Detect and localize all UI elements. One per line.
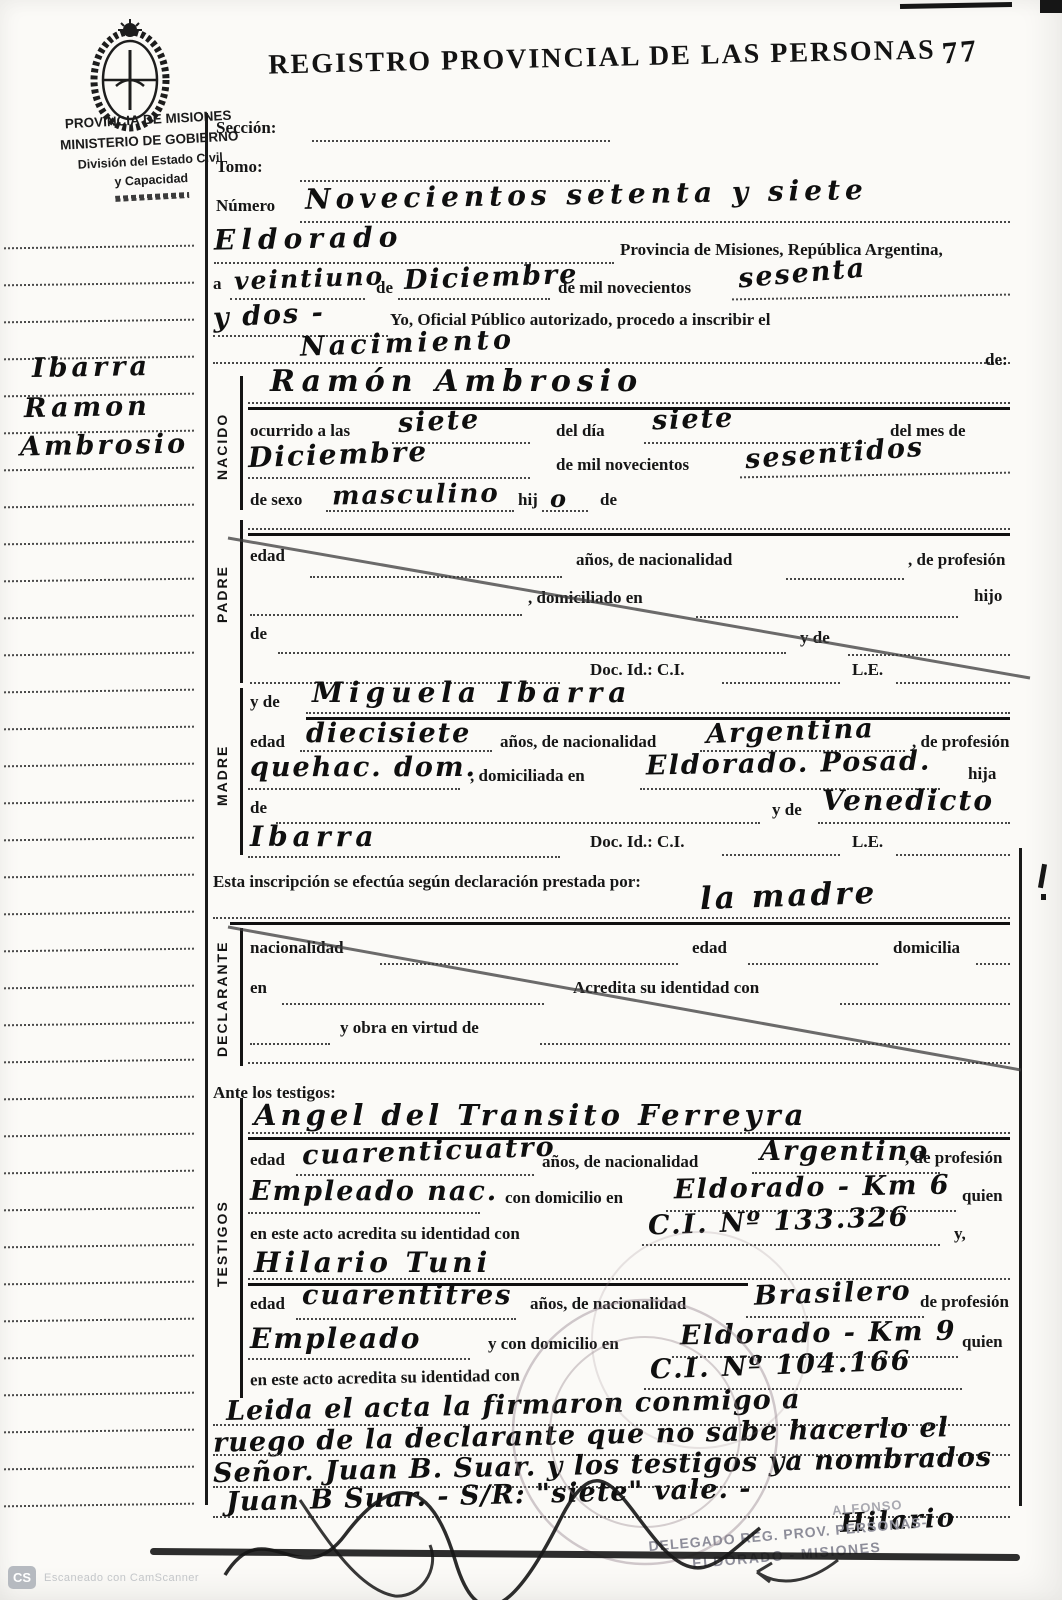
madre-de-label: de <box>250 798 267 818</box>
padre-profesion-label: , de profesión <box>908 550 1005 570</box>
padre-domiciliado-label: , domiciliado en <box>528 588 643 608</box>
margin-dotted-line <box>4 911 194 916</box>
margin-dotted-line <box>4 689 194 694</box>
scan-shadow-bottom <box>150 1548 1020 1561</box>
section-label-nacido: NACIDO <box>214 398 230 494</box>
margin-dotted-line <box>4 504 194 509</box>
margin-dotted-line <box>4 763 194 768</box>
testigo2-profesion-line <box>248 1358 470 1360</box>
testigo1-nacionalidad-value: Argentino <box>760 1136 929 1167</box>
month-value: Diciembre <box>404 259 579 296</box>
declarante-virtud-label: y obra en virtud de <box>340 1018 479 1038</box>
testigo1-profesion-label: , de profesión <box>905 1148 1002 1168</box>
ink-mark-right-margin <box>1038 864 1047 889</box>
seccion-label: Sección: <box>216 118 276 138</box>
margin-dotted-line <box>4 1022 194 1027</box>
madre-profesion-line <box>248 788 460 790</box>
testigo1-profesion-value: Empleado nac. <box>250 1176 498 1207</box>
testigo2-edad-value: cuarentitres <box>302 1280 512 1311</box>
madre-profesion-value: quehac. dom. <box>250 752 477 783</box>
madre-name: Miguela Ibarra <box>312 676 632 709</box>
madre-hija-label: hija <box>968 764 996 784</box>
declaracion-header: Esta inscripción se efectúa según declar… <box>213 872 641 892</box>
padre-y-de-label: y de <box>800 628 830 648</box>
testigo2-edad-label: edad <box>250 1294 285 1314</box>
de-mil-label: de mil novecientos <box>558 278 691 298</box>
testigo1-anios-label: años, de nacionalidad <box>542 1152 698 1172</box>
madre-nacionalidad-value: Argentina <box>706 713 876 750</box>
madre-abuelo-value: Venedicto <box>822 784 994 817</box>
event-value: Nacimiento <box>300 324 516 362</box>
tomo-label: Tomo: <box>216 157 263 177</box>
madre-abuelo-value-2: Ibarra <box>250 820 378 853</box>
madre-le-line <box>896 854 1010 856</box>
testigo2-edad-line <box>296 1318 516 1320</box>
sexo-line <box>326 510 514 512</box>
place-value: Eldorado <box>214 220 404 256</box>
padre-abuela-line <box>848 654 1010 656</box>
madre-y-de2-label: y de <box>772 800 802 820</box>
day-value: veintiuno <box>234 261 385 295</box>
page-title: REGISTRO PROVINCIAL DE LAS PERSONAS <box>268 34 937 81</box>
testigos-section-bar <box>240 1098 243 1398</box>
declarante-value: la madre <box>699 875 877 917</box>
madre-domicilio-value: Eldorado. Posad. <box>646 746 932 782</box>
hijo-de-label: de <box>600 490 617 510</box>
testigo2-profesion-value: Empleado <box>250 1322 421 1355</box>
testigo1-name: Angel del Transito Ferreyra <box>254 1098 807 1132</box>
declarante-acredita-line <box>840 1003 1010 1005</box>
padre-domicilio-line <box>696 616 958 618</box>
declarante-virtud-line <box>540 1043 1010 1045</box>
declaracion-rule <box>230 922 1010 925</box>
testigo2-acredita-label: en este acto acredita su identidad con <box>250 1366 520 1391</box>
declaracion-dotted <box>213 917 1010 919</box>
margin-dotted-line <box>4 1133 194 1138</box>
testigo2-domicilio-value: Eldorado - Km 9 <box>680 1316 957 1352</box>
margin-dotted-line <box>4 1355 194 1360</box>
madre-ci-line <box>722 854 840 856</box>
padre-section-bar <box>240 520 243 683</box>
margin-dotted-line <box>4 245 194 250</box>
margin-dotted-line <box>4 985 194 990</box>
hij-label: hij <box>518 490 538 510</box>
sexo-label: de sexo <box>250 490 302 510</box>
sexo-value: masculino <box>332 479 500 512</box>
declarante-edad-line <box>748 963 878 965</box>
section-label-declarante: DECLARANTE <box>214 936 230 1062</box>
madre-section-bar <box>240 688 243 855</box>
form-left-border <box>205 113 208 1505</box>
camscanner-text: Escaneado con CamScanner <box>44 1572 199 1584</box>
margin-dotted-line <box>4 1429 194 1434</box>
province-text: Provincia de Misiones, República Argenti… <box>620 240 943 260</box>
testigo1-acredita-label: en este acto acredita su identidad con <box>250 1224 520 1244</box>
margin-dotted-line <box>4 1207 194 1212</box>
nacido-name-rule <box>248 407 1010 410</box>
margin-first-name: Ramon <box>24 391 151 424</box>
madre-edad-value: diecisiete <box>306 718 471 749</box>
padre-name-dotted <box>248 528 1010 530</box>
margin-dotted-line <box>4 1466 194 1471</box>
hour-value: siete <box>397 404 481 439</box>
hijo-value: o <box>550 484 568 513</box>
margin-dotted-line <box>4 541 194 546</box>
birth-day-value: siete <box>651 403 734 437</box>
margin-surname: Ibarra <box>32 351 151 384</box>
testigo2-quien-label: quien <box>962 1332 1003 1352</box>
de-label-1: de <box>376 278 393 298</box>
margin-dotted-line <box>4 578 194 583</box>
nacido-name: Ramón Ambrosio <box>270 364 643 399</box>
declarante-acredita-label: Acredita su identidad con <box>573 978 759 998</box>
nacido-name-dotted <box>248 402 1010 404</box>
madre-abuelo-line-2 <box>818 822 1010 824</box>
margin-middle-name: Ambrosio <box>20 429 189 463</box>
agency-underline <box>115 192 189 202</box>
margin-dotted-line <box>4 837 194 842</box>
margin-dotted-line <box>4 1096 194 1101</box>
ink-dot-right-margin <box>1041 894 1046 900</box>
testigo2-profesion-label: de profesión <box>920 1292 1009 1312</box>
scanned-birth-certificate: PROVINCIA DE MISIONES MINISTERIO DE GOBI… <box>0 0 1062 1600</box>
margin-dotted-line <box>4 726 194 731</box>
padre-hijo-label: hijo <box>974 586 1002 606</box>
margin-dotted-line <box>4 800 194 805</box>
section-label-padre: PADRE <box>214 558 230 630</box>
de-colon-label: de: <box>985 350 1008 370</box>
margin-dotted-line <box>4 1392 194 1397</box>
declarante-en-label: en <box>250 978 267 998</box>
madre-y-de-label: y de <box>250 692 280 712</box>
margin-dotted-line <box>4 1059 194 1064</box>
testigo1-domicilio-value: Eldorado - Km 6 <box>674 1170 951 1206</box>
testigo2-doc-value: C.I. Nº 104.166 <box>650 1345 912 1385</box>
testigo2-domicilio-label: y con domicilio en <box>488 1334 619 1354</box>
padre-abuelo-line <box>278 652 786 654</box>
margin-dotted-line <box>4 874 194 879</box>
declarante-edad-label: edad <box>692 938 727 958</box>
madre-le-label: L.E. <box>852 832 883 852</box>
scan-artifact-top-corner <box>1040 0 1062 13</box>
form-right-border <box>1019 848 1022 1506</box>
declarante-domicilia-label: domicilia <box>893 938 960 958</box>
de-mil-label-2: de mil novecientos <box>556 455 689 475</box>
declarante-section-bar <box>240 928 243 1066</box>
margin-dotted-line <box>4 1244 194 1249</box>
hijo-line <box>542 510 588 512</box>
madre-anios-label: años, de nacionalidad <box>500 732 656 752</box>
margin-dotted-line <box>4 948 194 953</box>
padre-edad-line <box>310 576 562 578</box>
padre-anios-label: años, de nacionalidad <box>576 550 732 570</box>
madre-edad-label: edad <box>250 732 285 752</box>
declarante-bottom-line <box>248 1062 1010 1064</box>
madre-doc-label: Doc. Id.: C.I. <box>590 832 684 852</box>
margin-dotted-line <box>4 282 194 287</box>
testigo1-doc-line <box>642 1244 940 1246</box>
a-label: a <box>213 274 222 294</box>
testigo1-name-dotted <box>248 1132 1010 1134</box>
year-line <box>732 294 1010 301</box>
declarante-domicilia-line <box>976 963 1010 965</box>
testigo1-edad-label: edad <box>250 1150 285 1170</box>
margin-dotted-line <box>4 1170 194 1175</box>
padre-le-label: L.E. <box>852 660 883 680</box>
testigo1-doc-value: C.I. Nº 133.326 <box>648 1201 910 1241</box>
testigo2-nacionalidad-value: Brasilero <box>754 1275 913 1311</box>
nacido-section-bar <box>240 376 243 510</box>
padre-ci-line <box>722 682 840 684</box>
madre-name-dotted <box>306 712 1010 714</box>
margin-dotted-line <box>4 1318 194 1323</box>
del-dia-label: del día <box>556 421 605 441</box>
section-label-testigos: TESTIGOS <box>214 1188 230 1300</box>
year-cont-value: y dos - <box>212 297 325 334</box>
margin-dotted-line <box>4 319 194 324</box>
declarante-virtud-line-pre <box>250 1043 330 1045</box>
padre-edad-label: edad <box>250 546 285 566</box>
birth-month-value: Diciembre <box>247 435 428 474</box>
numero-line <box>300 221 1010 223</box>
padre-de-label: de <box>250 624 267 644</box>
padre-le-line <box>896 682 1010 684</box>
birth-year-value: sesentidos <box>744 432 925 475</box>
scan-artifact-top <box>900 2 1012 9</box>
margin-dotted-line <box>4 1503 194 1508</box>
padre-nacionalidad-line <box>786 578 904 580</box>
testigo2-name: Hilario Tuni <box>254 1246 491 1279</box>
margin-dotted-line <box>4 1281 194 1286</box>
camscanner-badge: CS <box>8 1566 36 1589</box>
testigo2-anios-label: años, de nacionalidad <box>530 1294 686 1314</box>
margin-dotted-line <box>4 652 194 657</box>
seccion-line <box>312 140 610 142</box>
margin-dotted-line <box>4 615 194 620</box>
testigo1-quien-label: quien <box>962 1186 1003 1206</box>
declarante-nacionalidad-label: nacionalidad <box>250 938 344 958</box>
section-label-madre: MADRE <box>214 730 230 820</box>
page-number: 77 <box>941 32 981 71</box>
testigo1-y-label: y, <box>954 1224 966 1244</box>
testigo1-domicilio-label: con domicilio en <box>505 1188 623 1208</box>
declarante-en-line <box>282 1003 544 1005</box>
numero-label: Número <box>216 196 275 216</box>
margin-dotted-line <box>4 467 194 472</box>
padre-name-rule <box>248 533 1010 536</box>
madre-domiciliada-label: , domiciliada en <box>470 766 585 786</box>
padre-profesion-line <box>250 614 522 616</box>
madre-ibarra-line <box>248 856 560 858</box>
month-line <box>398 298 550 300</box>
declarante-nacionalidad-line <box>380 963 678 965</box>
testigo1-profesion-line <box>248 1212 480 1214</box>
